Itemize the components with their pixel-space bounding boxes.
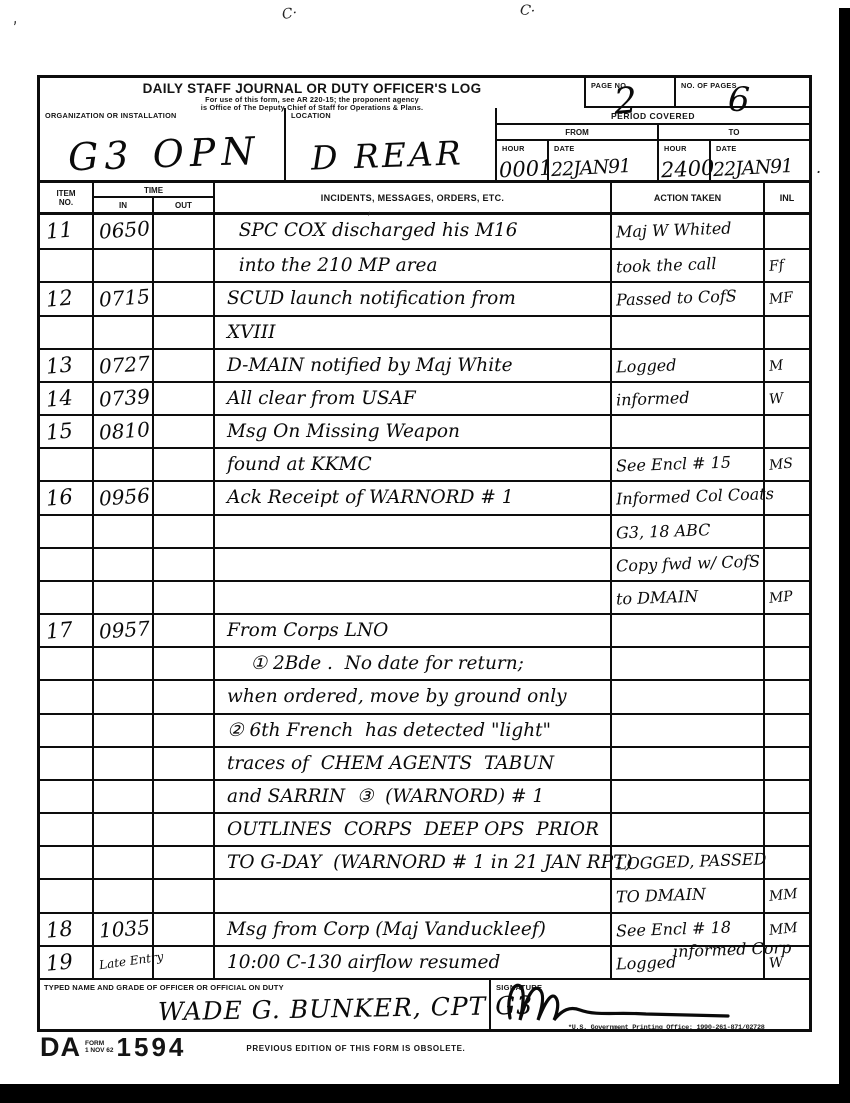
entry-in: 0739	[93, 381, 153, 416]
entry-item	[40, 712, 92, 717]
form-date: 1 NOV 62	[85, 1047, 114, 1054]
journal-row: when ordered, move by ground only	[40, 679, 809, 712]
from-date-value: 22JAN91	[550, 155, 630, 181]
cell-out	[154, 847, 215, 878]
typed-name-label: TYPED NAME AND GRADE OF OFFICER OR OFFIC…	[40, 980, 489, 992]
period-to-label: TO	[659, 125, 809, 141]
from-date-cell: DATE 22JAN91	[549, 141, 659, 183]
cell-msg: when ordered, move by ground only	[215, 681, 612, 712]
col-header-time: TIME IN OUT	[94, 183, 215, 215]
cell-action	[612, 416, 765, 447]
entry-action: See Encl # 15	[612, 447, 764, 482]
obsolete-note: PREVIOUS EDITION OF THIS FORM IS OBSOLET…	[246, 1044, 465, 1053]
entry-item: 16	[39, 480, 94, 515]
cell-action: See Encl # 15	[612, 449, 765, 480]
entry-msg: SPC COX discharged his M16	[215, 215, 610, 246]
cell-item	[40, 880, 94, 911]
cell-msg: Msg On Missing Weapon	[215, 416, 612, 447]
journal-row: traces of CHEM AGENTS TABUN	[40, 746, 809, 779]
from-hour-cell: HOUR 0001	[497, 141, 549, 183]
cell-inl	[765, 482, 809, 513]
da-label: DA	[40, 1034, 81, 1060]
form-number: 1594	[117, 1034, 187, 1060]
cell-action	[612, 814, 765, 845]
cell-item: 18	[40, 914, 94, 945]
cell-in	[94, 847, 154, 878]
scan-edge-artifact	[839, 8, 850, 1103]
entry-msg: into the 210 MP area	[215, 250, 610, 281]
entry-in	[94, 679, 152, 683]
cell-out	[154, 482, 215, 513]
cell-msg: Ack Receipt of WARNORD # 1	[215, 482, 612, 513]
cell-out	[154, 250, 215, 281]
journal-row: TO DMAINMM	[40, 878, 809, 911]
entry-inl: MP	[764, 580, 811, 614]
entry-item	[40, 646, 92, 651]
da-form-1594: DAILY STAFF JOURNAL OR DUTY OFFICER'S LO…	[37, 75, 812, 1032]
entry-msg: Ack Receipt of WARNORD # 1	[215, 482, 610, 513]
location-value: D REAR	[310, 133, 464, 177]
page-no-box: PAGE NO. 2	[586, 78, 676, 108]
cell-in: 0810	[94, 416, 154, 447]
cell-action	[612, 781, 765, 812]
cell-action: Copy fwd w/ CofS	[612, 549, 765, 580]
cell-inl	[765, 648, 809, 679]
cell-action	[612, 615, 765, 646]
entry-action	[612, 646, 763, 651]
entry-inl: MF	[764, 281, 811, 315]
to-hour-label: HOUR	[659, 141, 709, 153]
cell-msg	[215, 549, 612, 580]
cell-msg: traces of CHEM AGENTS TABUN	[215, 748, 612, 779]
cell-msg: XVIII	[215, 317, 612, 348]
organization-value: G3 OPN	[67, 129, 261, 180]
entry-item	[40, 779, 92, 784]
typed-name-box: TYPED NAME AND GRADE OF OFFICER OR OFFIC…	[40, 980, 491, 1031]
cell-out	[154, 715, 215, 746]
entry-item	[40, 248, 92, 253]
entry-msg: Msg On Missing Weapon	[215, 416, 610, 447]
cell-action	[612, 648, 765, 679]
no-of-pages-box: NO. OF PAGES 6	[676, 78, 809, 108]
cell-msg: into the 210 MP area	[215, 250, 612, 281]
entry-action	[612, 413, 763, 418]
cell-msg: Msg from Corp (Maj Vanduckleef)	[215, 914, 612, 945]
entry-in: 0957	[93, 613, 153, 648]
journal-row: OUTLINES CORPS DEEP OPS PRIOR	[40, 812, 809, 845]
entry-item	[40, 746, 92, 751]
entry-inl: W	[764, 381, 811, 415]
cell-inl: M	[765, 350, 809, 381]
col-header-action-taken: ACTION TAKEN	[612, 183, 765, 215]
entry-in	[94, 580, 152, 584]
entry-action	[612, 612, 763, 617]
cell-in	[94, 781, 154, 812]
scan-speck: C·	[519, 2, 536, 19]
entry-inl	[765, 779, 809, 784]
signature-scrawl	[496, 966, 796, 1032]
entry-action: Informed Col Coats	[612, 480, 764, 515]
printing-office-note: *U.S. Government Printing Office: 1990-2…	[568, 1024, 765, 1032]
cell-in	[94, 317, 154, 348]
entry-in	[94, 779, 152, 783]
entry-msg: ② 6th French has detected "light"	[215, 715, 610, 746]
cell-inl	[765, 516, 809, 547]
cell-item: 11	[40, 215, 94, 248]
journal-row: 160956Ack Receipt of WARNORD # 1Informed…	[40, 480, 809, 513]
cell-out	[154, 416, 215, 447]
cell-inl: W	[765, 383, 809, 414]
entry-in: 0650	[93, 213, 153, 248]
entry-action: Passed to CofS	[612, 281, 764, 316]
col-header-inl: INL	[765, 183, 809, 215]
cell-out	[154, 947, 215, 978]
journal-row: 170957From Corps LNO	[40, 613, 809, 646]
cell-out	[154, 516, 215, 547]
entry-item	[40, 679, 92, 684]
cell-out	[154, 582, 215, 613]
entry-inl	[765, 679, 809, 684]
entry-msg: and SARRIN ③ (WARNORD) # 1	[215, 781, 610, 812]
cell-action	[612, 317, 765, 348]
entry-msg: Msg from Corp (Maj Vanduckleef)	[215, 914, 610, 945]
from-hour-value: 0001	[498, 156, 553, 183]
entry-item: 15	[39, 414, 94, 449]
cell-inl	[765, 615, 809, 646]
form-title: DAILY STAFF JOURNAL OR DUTY OFFICER'S LO…	[40, 81, 584, 96]
cell-out	[154, 880, 215, 911]
cell-inl	[765, 748, 809, 779]
cell-in	[94, 648, 154, 679]
cell-out	[154, 449, 215, 480]
cell-msg: From Corps LNO	[215, 615, 612, 646]
cell-inl	[765, 814, 809, 845]
cell-item: 15	[40, 416, 94, 447]
entry-item: 19	[39, 945, 94, 980]
entry-in: Late Entry	[92, 943, 154, 981]
entry-msg: D-MAIN notified by Maj White	[215, 350, 610, 381]
cell-action: Informed Col Coats	[612, 482, 765, 513]
entry-item: 14	[39, 381, 94, 416]
entry-action: to DMAIN	[612, 579, 764, 614]
entry-item	[40, 580, 92, 585]
cell-item: 13	[40, 350, 94, 381]
entry-in: 0715	[93, 281, 153, 316]
cell-msg: All clear from USAF	[215, 383, 612, 414]
entry-item: 13	[39, 347, 94, 382]
header-row: ORGANIZATION OR INSTALLATION G3 OPN LOCA…	[40, 108, 809, 183]
scan-speck: .	[816, 158, 821, 177]
journal-row: ① 2Bde . No date for return;	[40, 646, 809, 679]
entry-action: informed	[612, 380, 764, 415]
entry-action	[612, 778, 763, 783]
entry-inl: MM	[764, 878, 811, 912]
entry-item	[40, 314, 92, 319]
organization-box: ORGANIZATION OR INSTALLATION G3 OPN	[40, 108, 286, 183]
cell-inl: MM	[765, 880, 809, 911]
entry-item: 17	[39, 613, 94, 648]
to-date-value: 22JAN91	[712, 155, 792, 181]
entry-in: 0956	[93, 480, 153, 515]
entry-inl	[765, 745, 809, 750]
cell-item	[40, 781, 94, 812]
cell-action: Passed to CofS	[612, 283, 765, 314]
cell-in	[94, 449, 154, 480]
item-header-line1: ITEM	[40, 189, 92, 198]
form-edition: FORM 1 NOV 62	[85, 1041, 114, 1054]
cell-inl: Ff	[765, 250, 809, 281]
entry-inl	[765, 513, 809, 518]
item-header-line2: NO.	[40, 198, 92, 207]
entry-inl	[765, 414, 809, 419]
entry-inl	[765, 546, 809, 551]
form-title-block: DAILY STAFF JOURNAL OR DUTY OFFICER'S LO…	[40, 78, 586, 108]
cell-msg: D-MAIN notified by Maj White	[215, 350, 612, 381]
cell-in: 0956	[94, 482, 154, 513]
entry-in	[94, 314, 152, 318]
cell-item	[40, 317, 94, 348]
entry-action: Maj W Whited	[612, 212, 764, 247]
journal-rows: 110650 SPC COX discharged his M16Maj W W…	[40, 215, 809, 978]
cell-in: 0739	[94, 383, 154, 414]
journal-row: and SARRIN ③ (WARNORD) # 1	[40, 779, 809, 812]
col-header-item-no: ITEM NO.	[40, 183, 94, 215]
cell-msg: OUTLINES CORPS DEEP OPS PRIOR	[215, 814, 612, 845]
cell-item: 12	[40, 283, 94, 314]
scan-speck: C·	[281, 5, 298, 23]
to-hour-value: 2400	[660, 156, 715, 183]
entry-in	[94, 713, 152, 717]
cell-in: 1035	[94, 914, 154, 945]
cell-inl	[765, 715, 809, 746]
cell-msg	[215, 880, 612, 911]
cell-action: G3, 18 ABC	[612, 516, 765, 547]
entry-in	[94, 878, 152, 882]
entry-inl: Ff	[764, 248, 811, 282]
cell-item	[40, 748, 94, 779]
entry-msg: when ordered, move by ground only	[215, 681, 610, 712]
cell-item: 14	[40, 383, 94, 414]
journal-row: G3, 18 ABC	[40, 514, 809, 547]
from-hour-label: HOUR	[497, 141, 547, 153]
cell-out	[154, 781, 215, 812]
journal-row: to DMAINMP	[40, 580, 809, 613]
cell-out	[154, 748, 215, 779]
cell-action: TO DMAIN	[612, 880, 765, 911]
cell-out	[154, 914, 215, 945]
cell-action: Logged	[612, 350, 765, 381]
entry-inl: M	[764, 347, 811, 381]
entry-in: 0810	[93, 414, 153, 449]
cell-inl	[765, 781, 809, 812]
cell-inl: MF	[765, 283, 809, 314]
cell-in: 0727	[94, 350, 154, 381]
to-date-cell: DATE 22JAN91	[711, 141, 809, 183]
journal-row: found at KKMCSee Encl # 15MS	[40, 447, 809, 480]
entry-in	[94, 845, 152, 849]
entry-msg: ① 2Bde . No date for return;	[215, 648, 610, 679]
entry-in	[94, 447, 152, 451]
entry-in	[94, 514, 152, 518]
cell-inl	[765, 847, 809, 878]
journal-row: Copy fwd w/ CofS	[40, 547, 809, 580]
col-header-incidents: INCIDENTS, MESSAGES, ORDERS, ETC.	[215, 183, 612, 215]
entry-in	[94, 812, 152, 816]
cell-inl	[765, 317, 809, 348]
cell-item	[40, 582, 94, 613]
cell-item	[40, 814, 94, 845]
entry-msg: TO G-DAY (WARNORD # 1 in 21 JAN RPT)	[215, 847, 610, 878]
cell-in	[94, 250, 154, 281]
cell-item: 17	[40, 615, 94, 646]
entry-action: Logged	[612, 347, 764, 382]
entry-action	[612, 811, 763, 816]
cell-in	[94, 681, 154, 712]
cell-out	[154, 814, 215, 845]
cell-in: 0650	[94, 215, 154, 248]
scan-speck: ’	[11, 18, 22, 37]
cell-action	[612, 748, 765, 779]
cell-out	[154, 681, 215, 712]
entry-item: 12	[39, 281, 94, 316]
cell-msg	[215, 582, 612, 613]
journal-row: 130727D-MAIN notified by Maj WhiteLogged…	[40, 348, 809, 381]
cell-item	[40, 847, 94, 878]
entry-action: G3, 18 ABC	[612, 513, 764, 548]
entry-in	[94, 248, 152, 252]
journal-row: 110650 SPC COX discharged his M16Maj W W…	[40, 215, 809, 248]
entry-msg: SCUD launch notification from	[215, 283, 610, 314]
entry-action: TO DMAIN	[612, 878, 764, 913]
cell-item	[40, 516, 94, 547]
scanned-document-page: { "colors": {"ink": "#0d0d0d", "paper": …	[0, 0, 850, 1103]
officer-signature-row: TYPED NAME AND GRADE OF OFFICER OR OFFIC…	[40, 978, 809, 1029]
entry-inl	[765, 845, 809, 850]
cell-out	[154, 215, 215, 248]
organization-label: ORGANIZATION OR INSTALLATION	[40, 108, 284, 120]
entry-inl	[765, 314, 809, 319]
cell-item: 16	[40, 482, 94, 513]
entry-inl	[765, 812, 809, 817]
cell-msg	[215, 516, 612, 547]
cell-action: to DMAIN	[612, 582, 765, 613]
cell-item	[40, 250, 94, 281]
cell-item	[40, 449, 94, 480]
cell-action	[612, 681, 765, 712]
cell-msg: ② 6th French has detected "light"	[215, 715, 612, 746]
entry-action: Copy fwd w/ CofS	[612, 546, 764, 581]
entry-inl	[765, 480, 809, 485]
entry-action	[612, 679, 763, 684]
entry-msg: XVIII	[215, 317, 610, 348]
cell-item	[40, 715, 94, 746]
cell-inl: MS	[765, 449, 809, 480]
journal-row: 120715SCUD launch notification fromPasse…	[40, 281, 809, 314]
entry-item	[40, 546, 92, 551]
entry-item	[40, 845, 92, 850]
entry-in	[94, 746, 152, 750]
cell-inl	[765, 681, 809, 712]
cell-in	[94, 582, 154, 613]
entry-in: 1035	[93, 912, 153, 947]
cell-item	[40, 648, 94, 679]
to-date-label: DATE	[711, 141, 809, 153]
entry-item	[40, 878, 92, 883]
cell-item	[40, 549, 94, 580]
entry-item: 11	[39, 213, 94, 248]
entry-in	[94, 547, 152, 551]
cell-msg: SPC COX discharged his M16	[215, 215, 612, 248]
cell-item	[40, 681, 94, 712]
entry-msg: All clear from USAF	[215, 383, 610, 414]
cell-msg: TO G-DAY (WARNORD # 1 in 21 JAN RPT)	[215, 847, 612, 878]
form-id-line: DA FORM 1 NOV 62 1594 PREVIOUS EDITION O…	[40, 1034, 465, 1060]
cell-in: Late Entry	[94, 947, 154, 978]
journal-row: 150810Msg On Missing Weapon	[40, 414, 809, 447]
entry-inl	[765, 712, 809, 717]
entry-msg: From Corps LNO	[215, 615, 610, 646]
journal-row: XVIII	[40, 315, 809, 348]
cell-action: informed	[612, 383, 765, 414]
entry-msg: OUTLINES CORPS DEEP OPS PRIOR	[215, 814, 610, 845]
entry-inl	[765, 646, 809, 651]
location-box: LOCATION D REAR	[286, 108, 497, 183]
entry-msg: traces of CHEM AGENTS TABUN	[215, 748, 610, 779]
cell-item: 19	[40, 947, 94, 978]
time-out-header: OUT	[154, 198, 213, 215]
entry-item: 18	[39, 911, 94, 946]
to-hour-cell: HOUR 2400	[659, 141, 711, 183]
cell-inl	[765, 416, 809, 447]
cell-out	[154, 549, 215, 580]
entry-action	[612, 314, 763, 319]
log-table-header: ITEM NO. TIME IN OUT INCIDENTS, MESSAGES…	[40, 183, 809, 215]
cell-inl	[765, 549, 809, 580]
period-covered-label: PERIOD COVERED	[497, 108, 809, 125]
journal-row: ② 6th French has detected "light"	[40, 713, 809, 746]
entry-action: took the call	[612, 248, 764, 283]
cell-msg: ① 2Bde . No date for return;	[215, 648, 612, 679]
entry-in: 0727	[93, 348, 153, 383]
cell-in	[94, 880, 154, 911]
from-date-label: DATE	[549, 141, 657, 153]
period-covered-box: PERIOD COVERED FROM TO HOUR 0001 DATE 22…	[497, 108, 809, 183]
cell-action: LOGGED, PASSED	[612, 847, 765, 878]
cell-in	[94, 748, 154, 779]
cell-msg: found at KKMC	[215, 449, 612, 480]
journal-row: 140739All clear from USAFinformedW	[40, 381, 809, 414]
cell-in	[94, 516, 154, 547]
entry-action: LOGGED, PASSED	[612, 845, 764, 880]
cell-action: took the call	[612, 250, 765, 281]
entry-inl	[765, 613, 809, 618]
cell-action	[612, 715, 765, 746]
entry-inl: MS	[764, 447, 811, 481]
typed-name-value: WADE G. BUNKER, CPT G3	[158, 991, 534, 1027]
time-header-label: TIME	[94, 183, 213, 198]
cell-msg: and SARRIN ③ (WARNORD) # 1	[215, 781, 612, 812]
entry-item	[40, 447, 92, 452]
entry-item	[40, 513, 92, 518]
entry-action	[612, 745, 763, 750]
entry-action	[612, 712, 763, 717]
journal-row: TO G-DAY (WARNORD # 1 in 21 JAN RPT)LOGG…	[40, 845, 809, 878]
cell-in	[94, 549, 154, 580]
cell-msg: SCUD launch notification from	[215, 283, 612, 314]
cell-in: 0957	[94, 615, 154, 646]
cell-in	[94, 715, 154, 746]
cell-in: 0715	[94, 283, 154, 314]
